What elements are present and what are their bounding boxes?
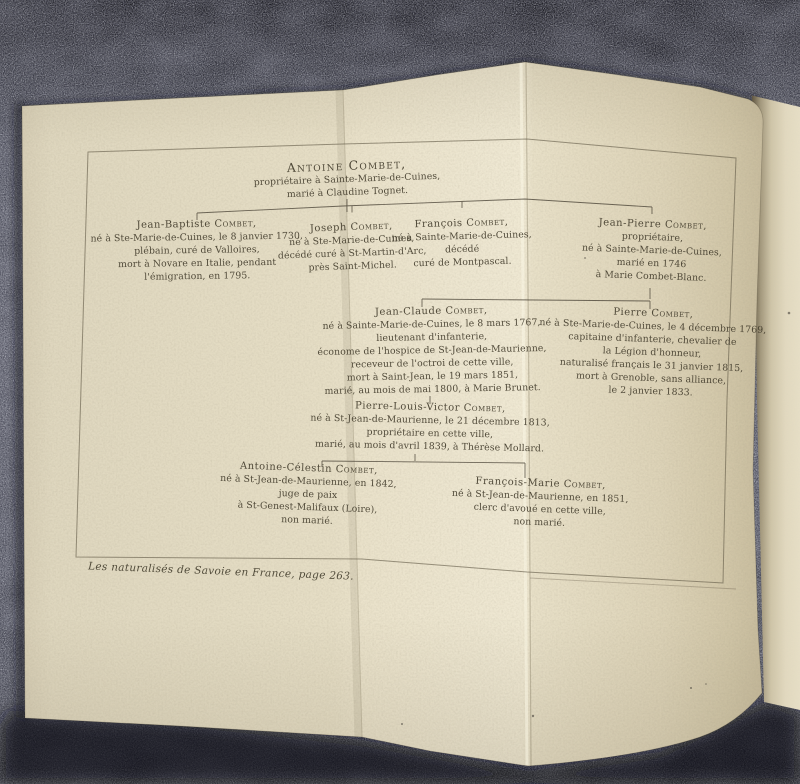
- surname: Combet,: [466, 217, 508, 229]
- given-name: François: [414, 218, 462, 230]
- surname: Combet,: [336, 464, 379, 476]
- person-details: né à Ste-Marie-de-Cuines, le 4 décembre …: [525, 316, 778, 403]
- given-name: Jean-Baptiste: [137, 219, 211, 231]
- given-name: Joseph: [310, 222, 347, 234]
- surname: Combet,: [651, 308, 694, 320]
- person-details: propriétaire, né à Sainte-Marie-de-Cuine…: [546, 227, 758, 286]
- person-pierre-louis-victor-combet: Pierre-Louis-Victor Combet, né à St-Jean…: [289, 398, 570, 456]
- genealogy-text: Antoine Combet, propriétaire à Sainte-Ma…: [0, 0, 800, 784]
- person-details: né à St-Jean-de-Maurienne, le 21 décembr…: [289, 411, 570, 456]
- source-caption: Les naturalisés de Savoie en France, pag…: [88, 560, 378, 583]
- given-name: Jean-Pierre: [599, 217, 662, 230]
- person-details: né à St-Jean-de-Maurienne, en 1851, cler…: [424, 486, 655, 533]
- person-francois-combet: François Combet, né à Sainte-Marie-de-Cu…: [361, 214, 562, 271]
- person-francois-marie-combet: François-Marie Combet, né à St-Jean-de-M…: [424, 473, 656, 533]
- surname: Combet,: [464, 403, 506, 415]
- given-name: Pierre-Louis-Victor: [355, 400, 460, 413]
- person-antoine-celestin-combet: Antoine-Célestin Combet, né à St-Jean-de…: [197, 458, 419, 531]
- person-jean-pierre-combet: Jean-Pierre Combet, propriétaire, né à S…: [546, 214, 758, 286]
- photo-of-book-foldout: Antoine Combet, propriétaire à Sainte-Ma…: [0, 0, 800, 784]
- surname: Combet,: [665, 219, 708, 231]
- person-details: né à St-Jean-de-Maurienne, en 1842, juge…: [197, 471, 419, 531]
- person-antoine-combet: Antoine Combet, propriétaire à Sainte-Ma…: [221, 154, 472, 204]
- given-name: Jean-Claude: [375, 306, 442, 318]
- person-pierre-combet: Pierre Combet, né à Ste-Marie-de-Cuines,…: [525, 303, 778, 403]
- surname: Combet,: [445, 305, 487, 317]
- surname: Combet,: [564, 479, 607, 491]
- person-details: né à Sainte-Marie-de-Cuines, décédé curé…: [362, 227, 563, 271]
- given-name: Pierre: [613, 307, 648, 319]
